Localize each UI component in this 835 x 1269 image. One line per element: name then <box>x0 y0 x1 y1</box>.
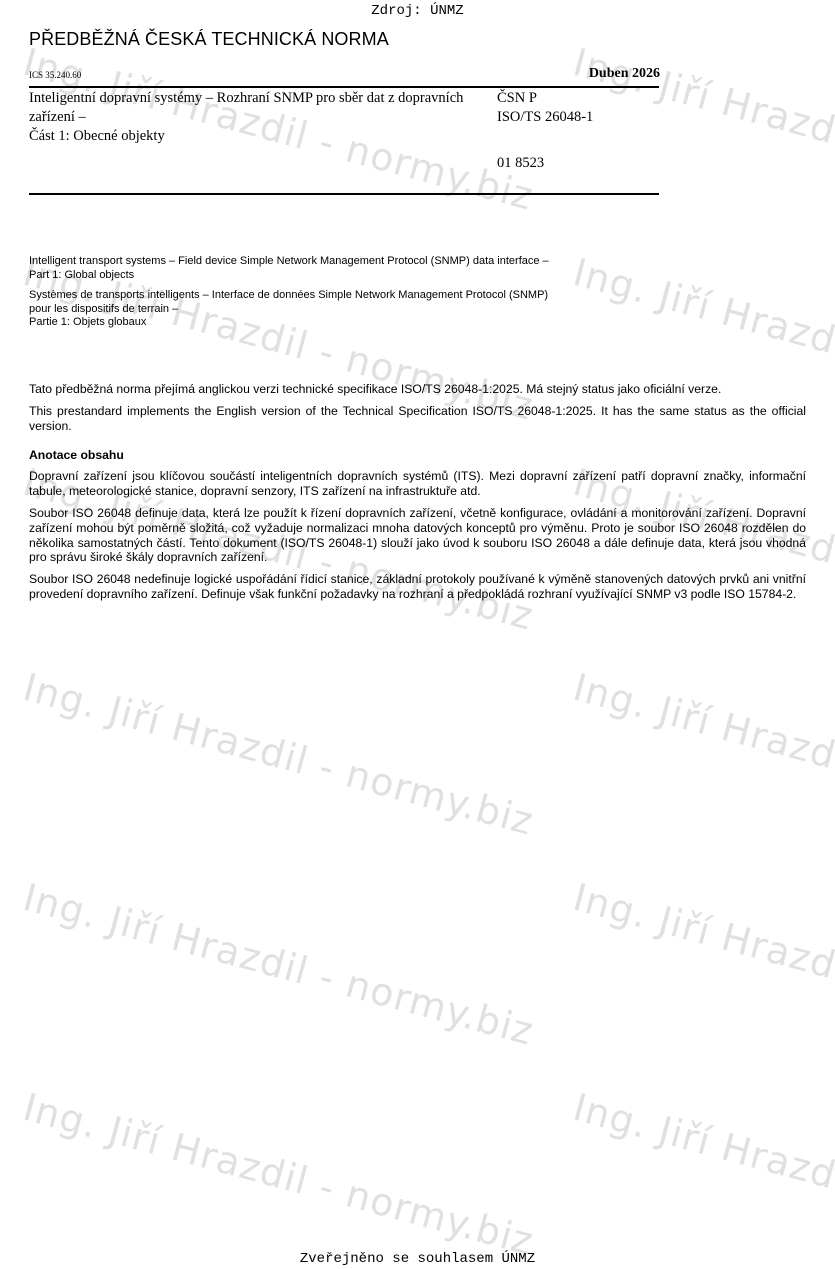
publication-date: Duben 2026 <box>500 66 660 82</box>
standard-id: ČSN P ISO/TS 26048-1 <box>497 89 593 127</box>
annotation-heading: Anotace obsahu <box>29 448 806 463</box>
watermark: Ing. Jiří Hrazdil - normy.biz <box>569 1085 835 1264</box>
title-czech: Inteligentní dopravní systémy – Rozhraní… <box>29 89 494 146</box>
title-english-line: Part 1: Global objects <box>29 269 589 283</box>
title-french: Systèmes de transports intelligents – In… <box>29 289 589 330</box>
footer-note: Zveřejněno se souhlasem ÚNMZ <box>0 1251 835 1267</box>
annotation-paragraph: Soubor ISO 26048 nedefinuje logické uspo… <box>29 572 806 602</box>
watermark: Ing. Jiří Hrazdil - normy.biz <box>569 875 835 1054</box>
title-english: Intelligent transport systems – Field de… <box>29 255 589 282</box>
title-french-line: pour les dispositifs de terrain – <box>29 303 589 317</box>
watermark: Ing. Jiří Hrazdil - normy.biz <box>19 665 539 844</box>
watermark: Ing. Jiří Hrazdil - normy.biz <box>19 875 539 1054</box>
standard-id-line: ČSN P <box>497 89 593 108</box>
title-czech-line: zařízení – <box>29 108 494 127</box>
watermark: Ing. Jiří Hrazdil - normy.biz <box>19 1085 539 1264</box>
watermark: Ing. Jiří Hrazdil - normy.biz <box>569 665 835 844</box>
title-french-line: Systèmes de transports intelligents – In… <box>29 289 589 303</box>
title-czech-line: Část 1: Obecné objekty <box>29 127 494 146</box>
annotation-paragraph: Dopravní zařízení jsou klíčovou součástí… <box>29 469 806 499</box>
adoption-statement-english: This prestandard implements the English … <box>29 404 806 434</box>
divider <box>29 86 659 88</box>
source-note: Zdroj: ÚNMZ <box>0 3 835 19</box>
title-czech-line: Inteligentní dopravní systémy – Rozhraní… <box>29 89 494 108</box>
divider <box>29 193 659 195</box>
standard-id-line: ISO/TS 26048-1 <box>497 108 593 127</box>
ics-code: ICS 35.240.60 <box>29 70 81 80</box>
adoption-statement-czech: Tato předběžná norma přejímá anglickou v… <box>29 382 806 397</box>
watermark: Ing. Jiří Hrazdil - normy.biz <box>569 250 835 429</box>
title-english-line: Intelligent transport systems – Field de… <box>29 255 589 269</box>
classification-number: 01 8523 <box>497 155 544 172</box>
annotation-paragraph: Soubor ISO 26048 definuje data, která lz… <box>29 506 806 565</box>
title-french-line: Partie 1: Objets globaux <box>29 316 589 330</box>
document-type: PŘEDBĚŽNÁ ČESKÁ TECHNICKÁ NORMA <box>29 29 389 50</box>
